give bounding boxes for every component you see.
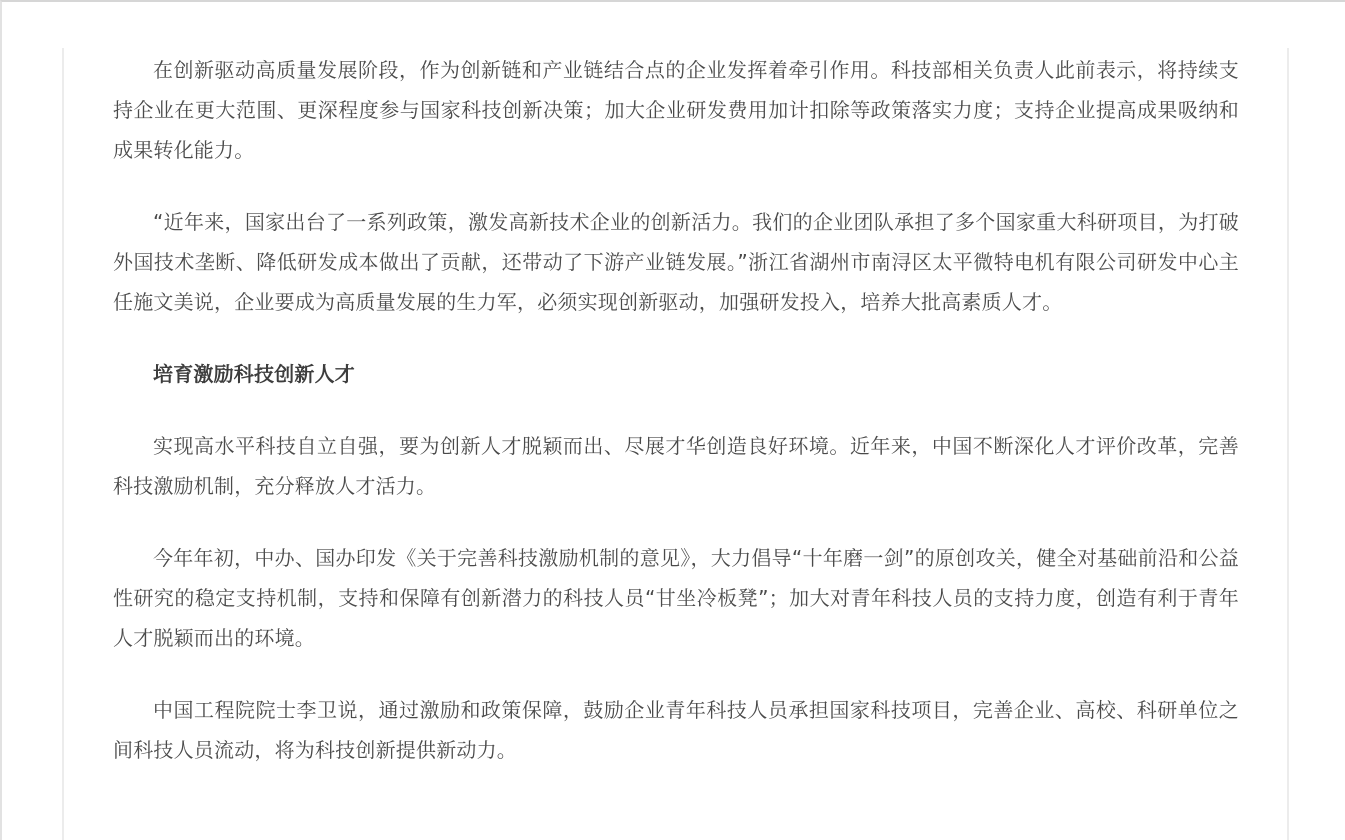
article-container: 在创新驱动高质量发展阶段，作为创新链和产业链结合点的企业发挥着牵引作用。科技部相… (62, 48, 1289, 840)
article-paragraph: “近年来，国家出台了一系列政策，激发高新技术企业的创新活力。我们的企业团队承担了… (113, 202, 1239, 322)
article-paragraph: 在创新驱动高质量发展阶段，作为创新链和产业链结合点的企业发挥着牵引作用。科技部相… (113, 50, 1239, 170)
article-paragraph: 今年年初，中办、国办印发《关于完善科技激励机制的意见》，大力倡导“十年磨一剑”的… (113, 538, 1239, 658)
article-paragraph: 中国工程院院士李卫说，通过激励和政策保障，鼓励企业青年科技人员承担国家科技项目，… (113, 690, 1239, 770)
browser-viewport: 在创新驱动高质量发展阶段，作为创新链和产业链结合点的企业发挥着牵引作用。科技部相… (0, 0, 1345, 840)
section-heading: 培育激励科技创新人才 (113, 354, 1239, 394)
article-body: 在创新驱动高质量发展阶段，作为创新链和产业链结合点的企业发挥着牵引作用。科技部相… (113, 50, 1239, 802)
article-paragraph: 实现高水平科技自立自强，要为创新人才脱颖而出、尽展才华创造良好环境。近年来，中国… (113, 426, 1239, 506)
